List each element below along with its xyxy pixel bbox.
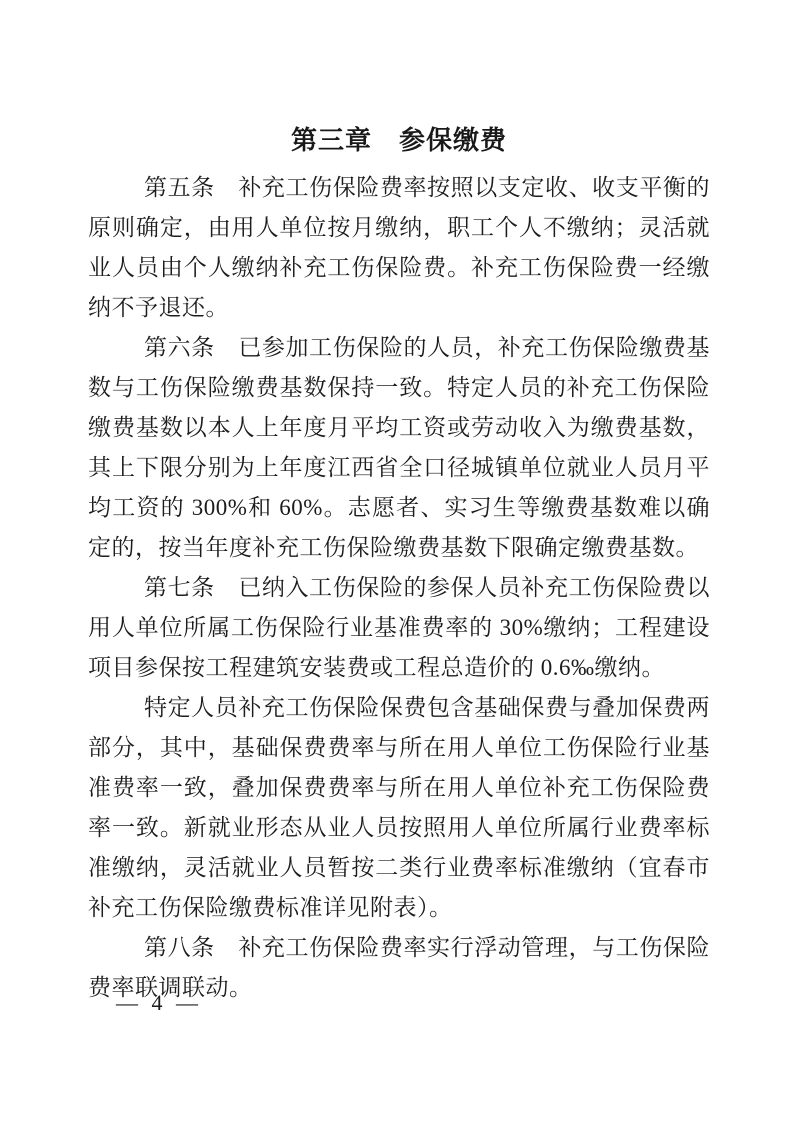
article-paragraph-7-continued: 特定人员补充工伤保险保费包含基础保费与叠加保费两部分，其中，基础保费费率与所在用… <box>88 688 710 928</box>
document-page: 第三章 参保缴费 第五条 补充工伤保险费率按照以支定收、收支平衡的原则确定，由用… <box>0 0 793 1122</box>
page-number: — 4 — <box>116 990 202 1016</box>
article-paragraph-5: 第五条 补充工伤保险费率按照以支定收、收支平衡的原则确定，由用人单位按月缴纳，职… <box>88 168 710 328</box>
article-paragraph-7: 第七条 已纳入工伤保险的参保人员补充工伤保险费以用人单位所属工伤保险行业基准费率… <box>88 568 710 688</box>
article-paragraph-6: 第六条 已参加工伤保险的人员，补充工伤保险缴费基数与工伤保险缴费基数保持一致。特… <box>88 328 710 568</box>
chapter-heading: 第三章 参保缴费 <box>88 118 710 162</box>
document-content: 第三章 参保缴费 第五条 补充工伤保险费率按照以支定收、收支平衡的原则确定，由用… <box>88 118 710 1008</box>
